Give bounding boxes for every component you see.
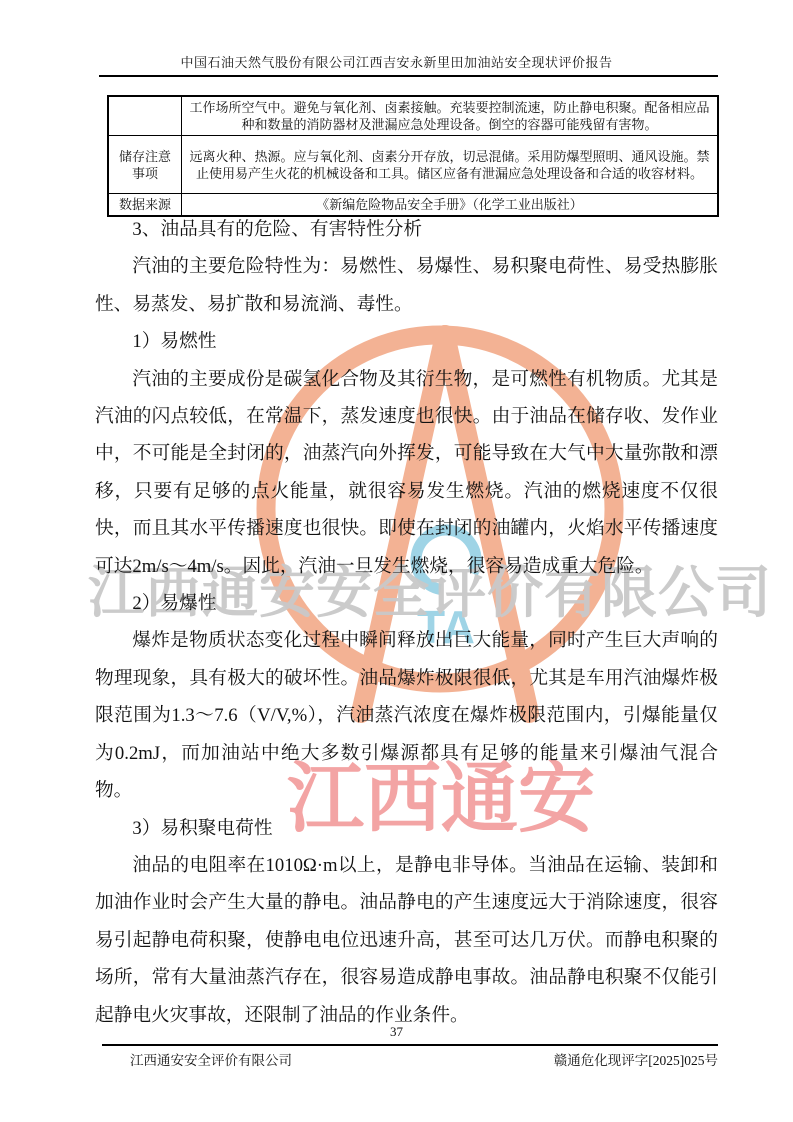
section-heading: 1）易燃性: [95, 323, 718, 360]
body-paragraph: 爆炸是物质状态变化过程中瞬间释放出巨大能量，同时产生巨大声响的物理现象，具有极大…: [95, 622, 718, 809]
document-page: TA 江西通安安全评价有限公司 江西通安 中国石油天然气股份有限公司江西吉安永新…: [0, 0, 793, 1122]
section-heading: 3、油品具有的危险、有害特性分析: [95, 211, 718, 248]
footer: 江西通安安全评价有限公司 赣通危化现评字[2025]025号: [102, 1049, 718, 1069]
section-heading: 3）易积聚电荷性: [95, 810, 718, 847]
report-header-title: 中国石油天然气股份有限公司江西吉安永新里田加油站安全现状评价报告: [0, 52, 793, 71]
body-paragraph: 汽油的主要成份是碳氢化合物及其衍生物，是可燃性有机物质。尤其是汽油的闪点较低，在…: [95, 361, 718, 585]
body-paragraph: 油品的电阻率在1010Ω·m以上，是静电非导体。当油品在运输、装卸和加油作业时会…: [95, 847, 718, 1034]
footer-document-number: 赣通危化现评字[2025]025号: [554, 1049, 718, 1069]
body-paragraph: 汽油的主要危险特性为：易燃性、易爆性、易积聚电荷性、易受热膨胀性、易蒸发、易扩散…: [95, 248, 718, 323]
row-content: 工作场所空气中。避免与氧化剂、卤素接触。充装要控制流速，防止静电积聚。配备相应品…: [182, 96, 719, 136]
page-content: 中国石油天然气股份有限公司江西吉安永新里田加油站安全现状评价报告 工作场所空气中…: [0, 0, 793, 1122]
table-row: 工作场所空气中。避免与氧化剂、卤素接触。充装要控制流速，防止静电积聚。配备相应品…: [108, 96, 718, 136]
page-number: 37: [0, 1024, 793, 1040]
footer-company-name: 江西通安安全评价有限公司: [102, 1049, 292, 1069]
header-rule: [99, 75, 718, 77]
hazard-properties-table: 工作场所空气中。避免与氧化剂、卤素接触。充装要控制流速，防止静电积聚。配备相应品…: [107, 95, 719, 217]
row-content: 远离火种、热源。应与氧化剂、卤素分开存放，切忌混储。采用防爆型照明、通风设施。禁…: [182, 136, 719, 194]
table-row: 储存注意事项 远离火种、热源。应与氧化剂、卤素分开存放，切忌混储。采用防爆型照明…: [108, 136, 718, 194]
row-label-storage-notes: 储存注意事项: [108, 136, 182, 194]
row-label-empty: [108, 96, 182, 136]
body-text: 3、油品具有的危险、有害特性分析 汽油的主要危险特性为：易燃性、易爆性、易积聚电…: [95, 211, 718, 1034]
footer-rule: [102, 1044, 718, 1046]
section-heading: 2）易爆性: [95, 585, 718, 622]
